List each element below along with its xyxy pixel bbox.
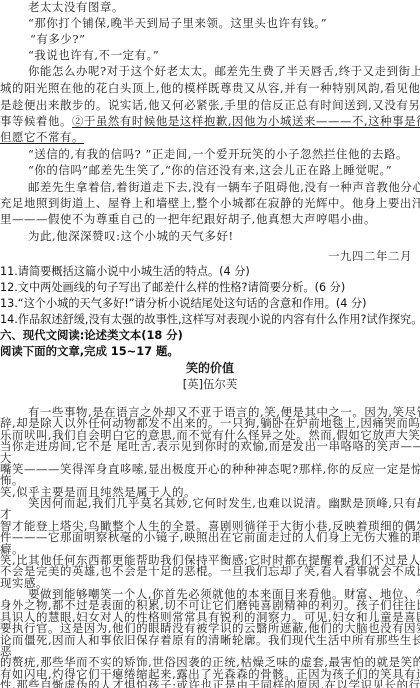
essay-line: 笑因何而起,我们几乎莫名其妙,它何时发生,也难以说清。幽默是顶峰,只有最罕见的 (28, 496, 420, 511)
story-line: 邮差先生拿着信,着街道走下去,没有一辆车子阻碍他,没有一种声音教他分心。阳光 (28, 180, 420, 195)
story-line: 里———假使不为尊重自己的一把年纪跟好胡子,他真想大声哼唱小曲。 (0, 212, 376, 227)
story-text: 事等候着他。 (0, 114, 72, 128)
story-line: 你能怎么办呢?对于这个好老太太。邮差先生费了半天唇舌,终于又走到街上来了。小 (28, 64, 420, 79)
essay-line: 嘴笑———笑得浑身直哆嗦,显出极度开心的种种神态呢?那样,你的反应一定是惊惧和恐 (0, 462, 420, 477)
story-line: 城的阳光照在他的花白头顶上,他的模样既尊贵又从容,并有一种特别风韵,看见他你会当… (0, 81, 420, 96)
essay-author: [英]伍尔芙 (0, 377, 420, 392)
story-line: 充足地照到街道上、屋脊上和墙壁上,整个小城都在寂静的光辉中。他身上要出汗,他心 (0, 196, 420, 211)
section-heading: 六、现代文阅读:论述类文本(18 分) (0, 328, 183, 343)
question-12: 12.文中两处画线的句子写出了邮差什么样的性格?请简要分析。(6 分) (0, 280, 345, 295)
question-11: 11.请简要概括这篇小说中小城生活的特点。(4 分) (0, 264, 250, 279)
story-line: “有多少?” (30, 32, 86, 47)
underlined-sentence-2: ②于虽然有时候他是这样抱歉,因他为小城送来———不,这种事是很少有的, (72, 114, 420, 128)
underlined-sentence-2-end: 但愿它不常有。 (0, 130, 84, 145)
essay-line: 不会是完美的英雄,也不会是十足的恶棍。一旦我们忘却了笑,看人看事就会不成比例,失… (0, 564, 420, 579)
essay-line: 当你走进房间,它不是 尾吐舌,表示见到你时的欢愉,而是发出一串咯咯的笑声———咧… (0, 439, 420, 454)
story-line: 事等候着他。②于虽然有时候他是这样抱歉,因他为小城送来———不,这种事是很少有的… (0, 114, 420, 129)
story-line: 老太太没有图章。 (28, 0, 124, 15)
story-line: “我说也许有,不一定有。” (28, 48, 159, 63)
story-date: 一九四二年二月 (328, 249, 412, 264)
essay-line: 性,那些自惭虚伪的人才惧怕孩子;或许也正是由于同样的原因,在以学识见长的行当里,… (0, 678, 420, 688)
essay-line: 件———它那面明察秋毫的小镜子,映照出在它前面走过的人们身上无伤大雅的瑕疵和怪 (0, 530, 420, 545)
essay-title: 笑的价值 (0, 361, 420, 376)
story-line: 是趁便出来散步的。说实话,他又何必紧张,手里的信反正总有时间送到,又没有另外的什… (0, 98, 420, 113)
story-line: “你的信吗”邮差先生笑了,“你的信还没有来,这会儿正在路上睡觉呢。” (28, 163, 392, 178)
essay-line: 论而僵死,因而人和事依旧保存着原有的清晰轮廓。我们现代生活中所有那些生长过速的丑 (0, 633, 420, 648)
question-14: 14.作品叙述舒缓,没有太强的故事性,这样写对表现小说的内容有什么作用?试作探究… (0, 312, 420, 327)
story-line: 为此,他深深赞叹:这个小城的天气多好! (28, 229, 234, 244)
story-line: “那你打个铺保,晚半天到局子里来领。这里头也许有钱。” (28, 16, 327, 31)
question-13: 13.“这个小城的天气多好!”请分析小说结尾处这句话的含意和作用。(4 分) (0, 296, 367, 311)
section-instruction: 阅读下面的文章,完成 15~17 题。 (0, 344, 179, 359)
story-line: “送信的,有我的信吗? ”正走间,一个爱开玩笑的小子忽然拦住他的去路。 (28, 147, 408, 162)
